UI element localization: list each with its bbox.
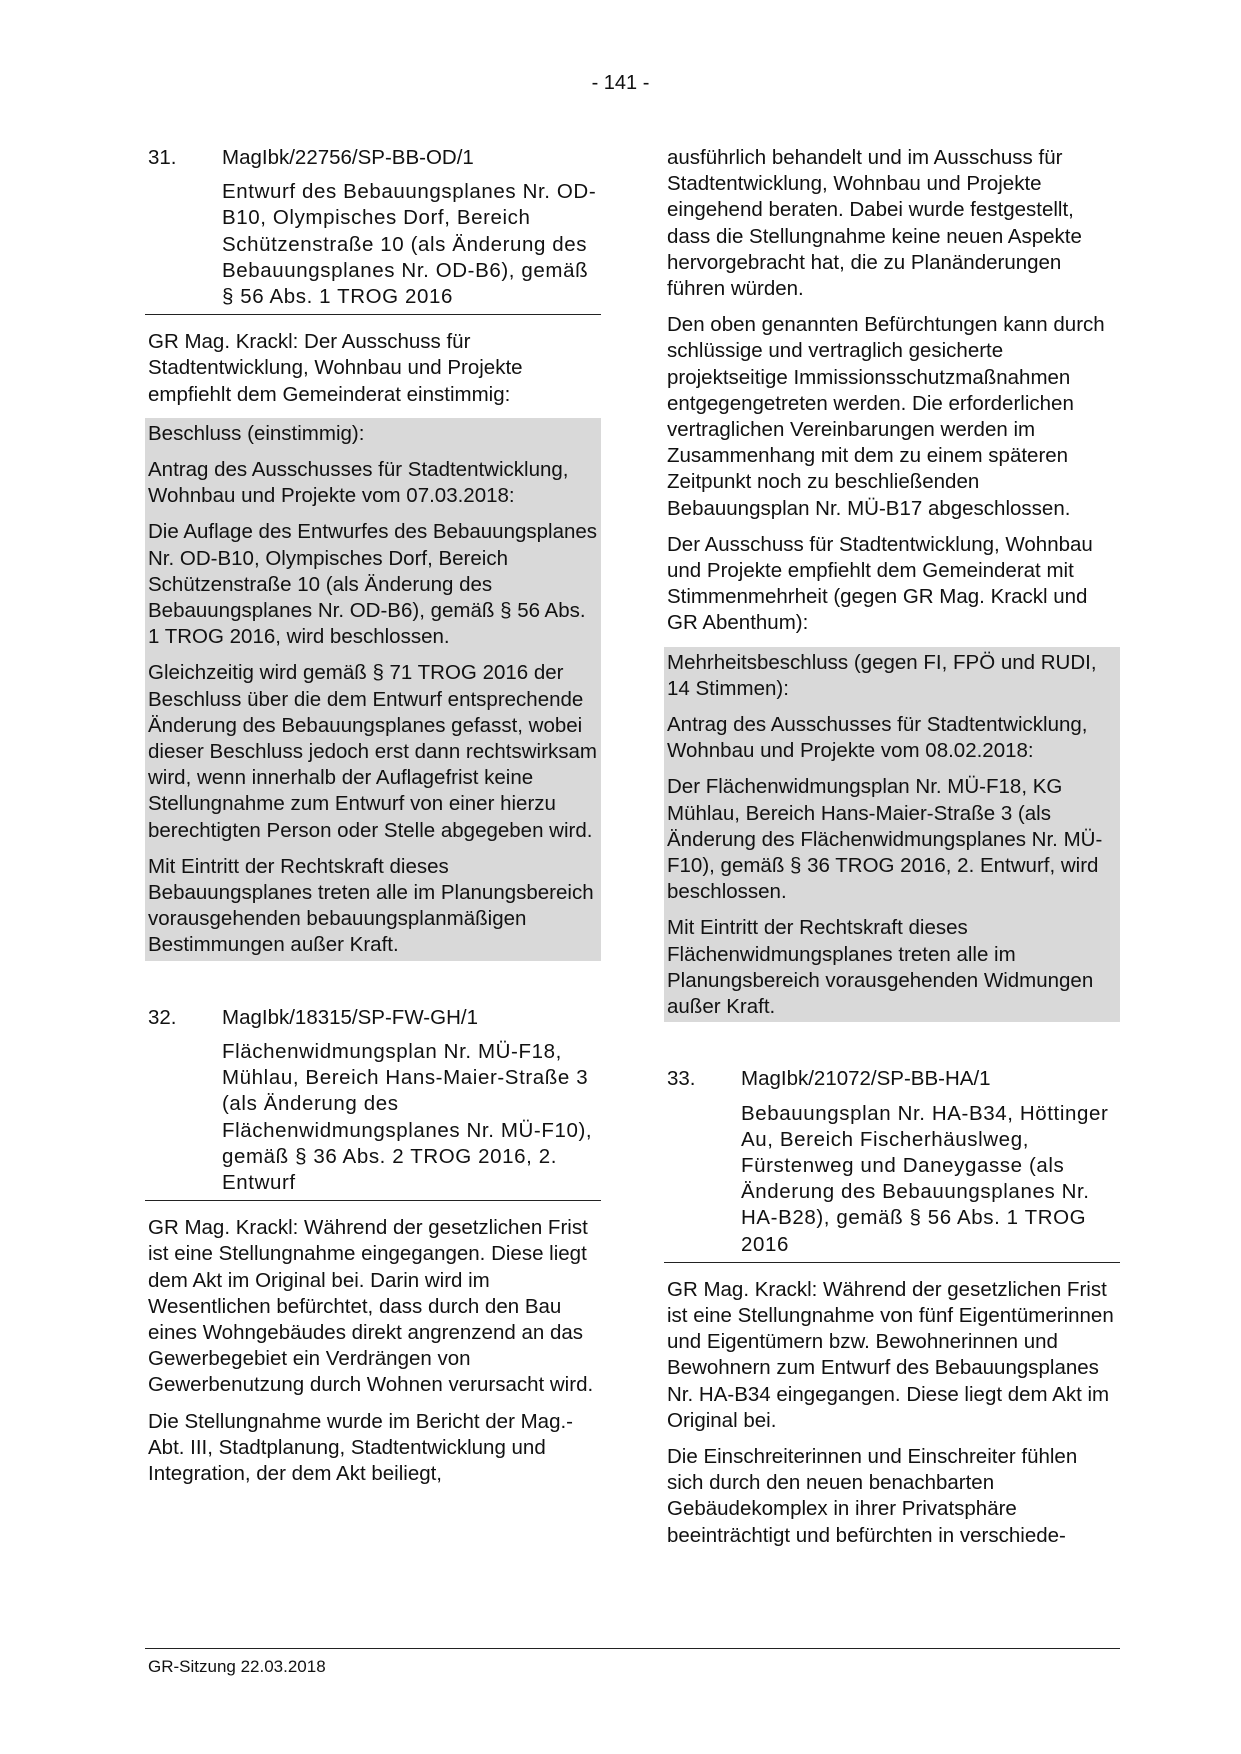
decision-heading: Mehrheitsbeschluss (gegen FI, FPÖ und RU… [664,650,1120,702]
paragraph: Die Einschreiterinnen und Einschreiter f… [664,1444,1120,1549]
item-reference: MagIbk/22756/SP-BB-OD/1 [222,145,598,171]
decision-text: Mit Eintritt der Rechtskraft dieses Beba… [145,854,601,959]
decision-text: Die Auflage des Entwurfes des Bebauungsp… [145,519,601,650]
paragraph: Die Stellungnahme wurde im Bericht der M… [145,1409,601,1488]
page-number: - 141 - [0,70,1241,96]
item-title: Flächenwidmungsplan Nr. MÜ-F18, Mühlau, … [145,1039,601,1201]
item-header: 33. MagIbk/21072/SP-BB-HA/1 [664,1066,1120,1092]
decision-text: Der Flächenwidmungsplan Nr. MÜ-F18, KG M… [664,774,1120,905]
item-title: Bebauungsplan Nr. HA-B34, Höttinger Au, … [664,1101,1120,1263]
item-reference: MagIbk/18315/SP-FW-GH/1 [222,1005,598,1031]
item-reference: MagIbk/21072/SP-BB-HA/1 [741,1066,1117,1092]
decision-antrag: Antrag des Ausschusses für Stadtentwickl… [664,712,1120,764]
speaker-intro: GR Mag. Krackl: Der Ausschuss für Stadte… [145,329,601,408]
item-title: Entwurf des Bebauungsplanes Nr. OD-B10, … [145,179,601,315]
item-number: 32. [148,1005,222,1031]
paragraph: Der Ausschuss für Stadtentwicklung, Wohn… [664,532,1120,637]
paragraph: ausführlich behandelt und im Ausschuss f… [664,145,1120,302]
decision-text: Mit Eintritt der Rechtskraft dieses Fläc… [664,915,1120,1020]
agenda-item-32: 32. MagIbk/18315/SP-FW-GH/1 Flächenwidmu… [145,1005,601,1487]
agenda-item-31: 31. MagIbk/22756/SP-BB-OD/1 Entwurf des … [145,145,601,961]
decision-text: Gleichzeitig wird gemäß § 71 TROG 2016 d… [145,660,601,843]
decision-box: Mehrheitsbeschluss (gegen FI, FPÖ und RU… [664,647,1120,1023]
paragraph: Den oben genannten Befürchtungen kann du… [664,312,1120,522]
footer-divider [145,1648,1120,1649]
decision-antrag: Antrag des Ausschusses für Stadtentwickl… [145,457,601,509]
footer-session-date: GR-Sitzung 22.03.2018 [148,1654,326,1680]
decision-box: Beschluss (einstimmig): Antrag des Aussc… [145,418,601,961]
decision-heading: Beschluss (einstimmig): [145,421,601,447]
left-column: 31. MagIbk/22756/SP-BB-OD/1 Entwurf des … [145,145,601,1497]
item-header: 32. MagIbk/18315/SP-FW-GH/1 [145,1005,601,1031]
item-number: 31. [148,145,222,171]
agenda-item-32-continued: ausführlich behandelt und im Ausschuss f… [664,145,1120,1022]
agenda-item-33: 33. MagIbk/21072/SP-BB-HA/1 Bebauungspla… [664,1066,1120,1548]
item-header: 31. MagIbk/22756/SP-BB-OD/1 [145,145,601,171]
speaker-intro: GR Mag. Krackl: Während der gesetzlichen… [145,1215,601,1398]
right-column: ausführlich behandelt und im Ausschuss f… [664,145,1120,1559]
item-number: 33. [667,1066,741,1092]
speaker-intro: GR Mag. Krackl: Während der gesetzlichen… [664,1277,1120,1434]
